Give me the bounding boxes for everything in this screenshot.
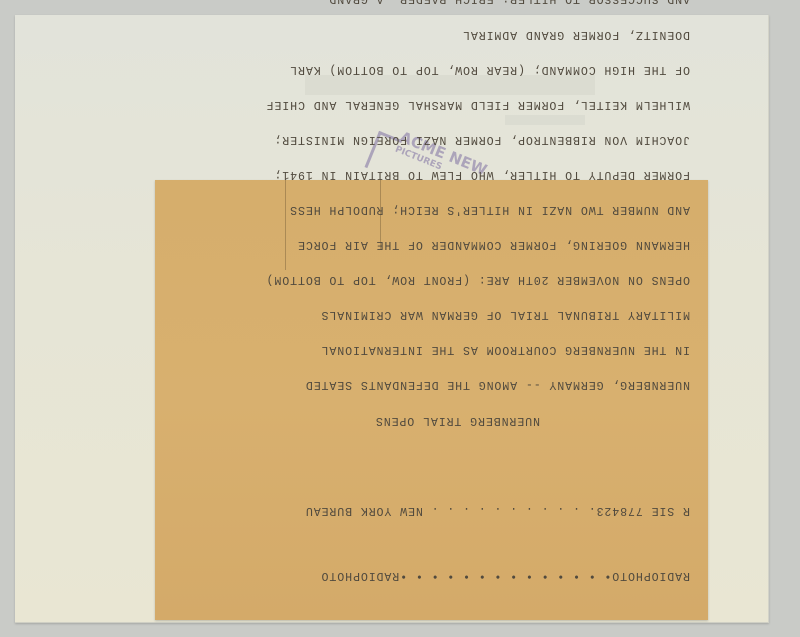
body-line: OPENS ON NOVEMBER 20TH ARE: (FRONT ROW, … [155,274,690,286]
header-banner: RADIOPHOTO• • • • • • • • • • • • • •RAD… [155,569,690,581]
body-line: NUERNBERG, GERMANY -- AMONG THE DEFENDAN… [155,379,690,391]
caption-slip: RADIOPHOTO• • • • • • • • • • • • • •RAD… [155,180,708,620]
body-line: AND NUMBER TWO NAZI IN HITLER'S REICH; R… [155,203,690,215]
caption-lines: RADIOPHOTO• • • • • • • • • • • • • •RAD… [155,0,690,604]
headline: NUERNBERG TRIAL OPENS [155,414,690,426]
body-line: AND SUCCESSOR TO HITLER; ERICH RAEDER, A… [155,0,690,4]
body-line: JOACHIM VON RIBBENTROP, FORMER NAZI FORE… [155,133,690,145]
body-line: IN THE NUERNBERG COURTROOM AS THE INTERN… [155,344,690,356]
body-line: WILHELM KEITEL, FORMER FIELD MARSHAL GEN… [155,98,690,110]
body-line: MILITARY TRIBUNAL TRIAL OF GERMAN WAR CR… [155,309,690,321]
caption-text-rotated: RADIOPHOTO• • • • • • • • • • • • • •RAD… [155,180,708,620]
body-line: DOENITZ, FORMER GRAND ADMIRAL [155,28,690,40]
reference-line: R SIE 778423. . . . . . . . . . . NEW YO… [155,504,690,516]
body-line: FORMER DEPUTY TO HITLER, WHO FLEW TO BRI… [155,168,690,180]
body-line: HERMANN GOERING, FORMER COMMANDER OF THE… [155,238,690,250]
body-line: OF THE HIGH COMMAND; (REAR ROW, TOP TO B… [155,63,690,75]
